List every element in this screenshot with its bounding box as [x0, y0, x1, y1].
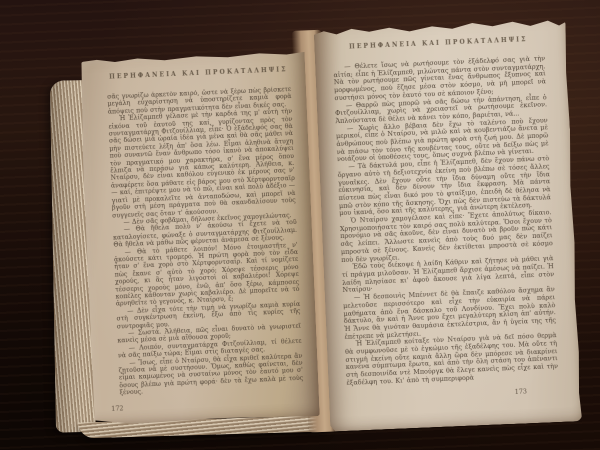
left-page-number: 172	[111, 396, 304, 412]
paragraph: Ἡ Ἐλίζαμπεθ γέλασε μὲ τὴν καρδιά της μ' …	[108, 108, 296, 219]
right-text-block: — Θέλετε ἴσως νὰ ρωτήσουμε τὸν ἐξάδελφό …	[333, 55, 558, 387]
paragraph: — Ἴσως, εἶπε ὁ Νταίρσυ, θὰ εἶχα κριθεῖ κ…	[118, 352, 303, 397]
left-text-block: σᾶς γνωρίζω ἀρκετὸν καιρό, ὥστε νὰ ξέρω …	[107, 86, 304, 397]
right-page: ΠΕΡΗΦΑΝΕΙΑ ΚΑΙ ΠΡΟΚΑΤΑΛΗΨΙΣ — Θέλετε ἴσω…	[313, 15, 582, 431]
photo-of-open-book: ΠΕΡΗΦΑΝΕΙΑ ΚΑΙ ΠΡΟΚΑΤΑΛΗΨΙΣ σᾶς γνωρίζω …	[0, 0, 600, 450]
right-running-head: ΠΕΡΗΦΑΝΕΙΑ ΚΑΙ ΠΡΟΚΑΤΑΛΗΨΙΣ	[332, 35, 544, 51]
left-page: ΠΕΡΗΦΑΝΕΙΑ ΚΑΙ ΠΡΟΚΑΤΑΛΗΨΙΣ σᾶς γνωρίζω …	[79, 50, 320, 425]
paragraph: Ἡ Ἐλίζαμπεθ κοίταξε τὸν Νταίρσυ γιὰ νὰ δ…	[345, 332, 559, 387]
left-running-head: ΠΕΡΗΦΑΝΕΙΑ ΚΑΙ ΠΡΟΚΑΤΑΛΗΨΙΣ	[106, 66, 290, 81]
right-page-number: 173	[347, 386, 559, 403]
paragraph: — Θὰ τὸ μάθετε λοιπόν! Μόνο ἑτοιμαστῆτε …	[114, 241, 300, 308]
open-book: ΠΕΡΗΦΑΝΕΙΑ ΚΑΙ ΠΡΟΚΑΤΑΛΗΨΙΣ σᾶς γνωρίζω …	[35, 5, 600, 450]
